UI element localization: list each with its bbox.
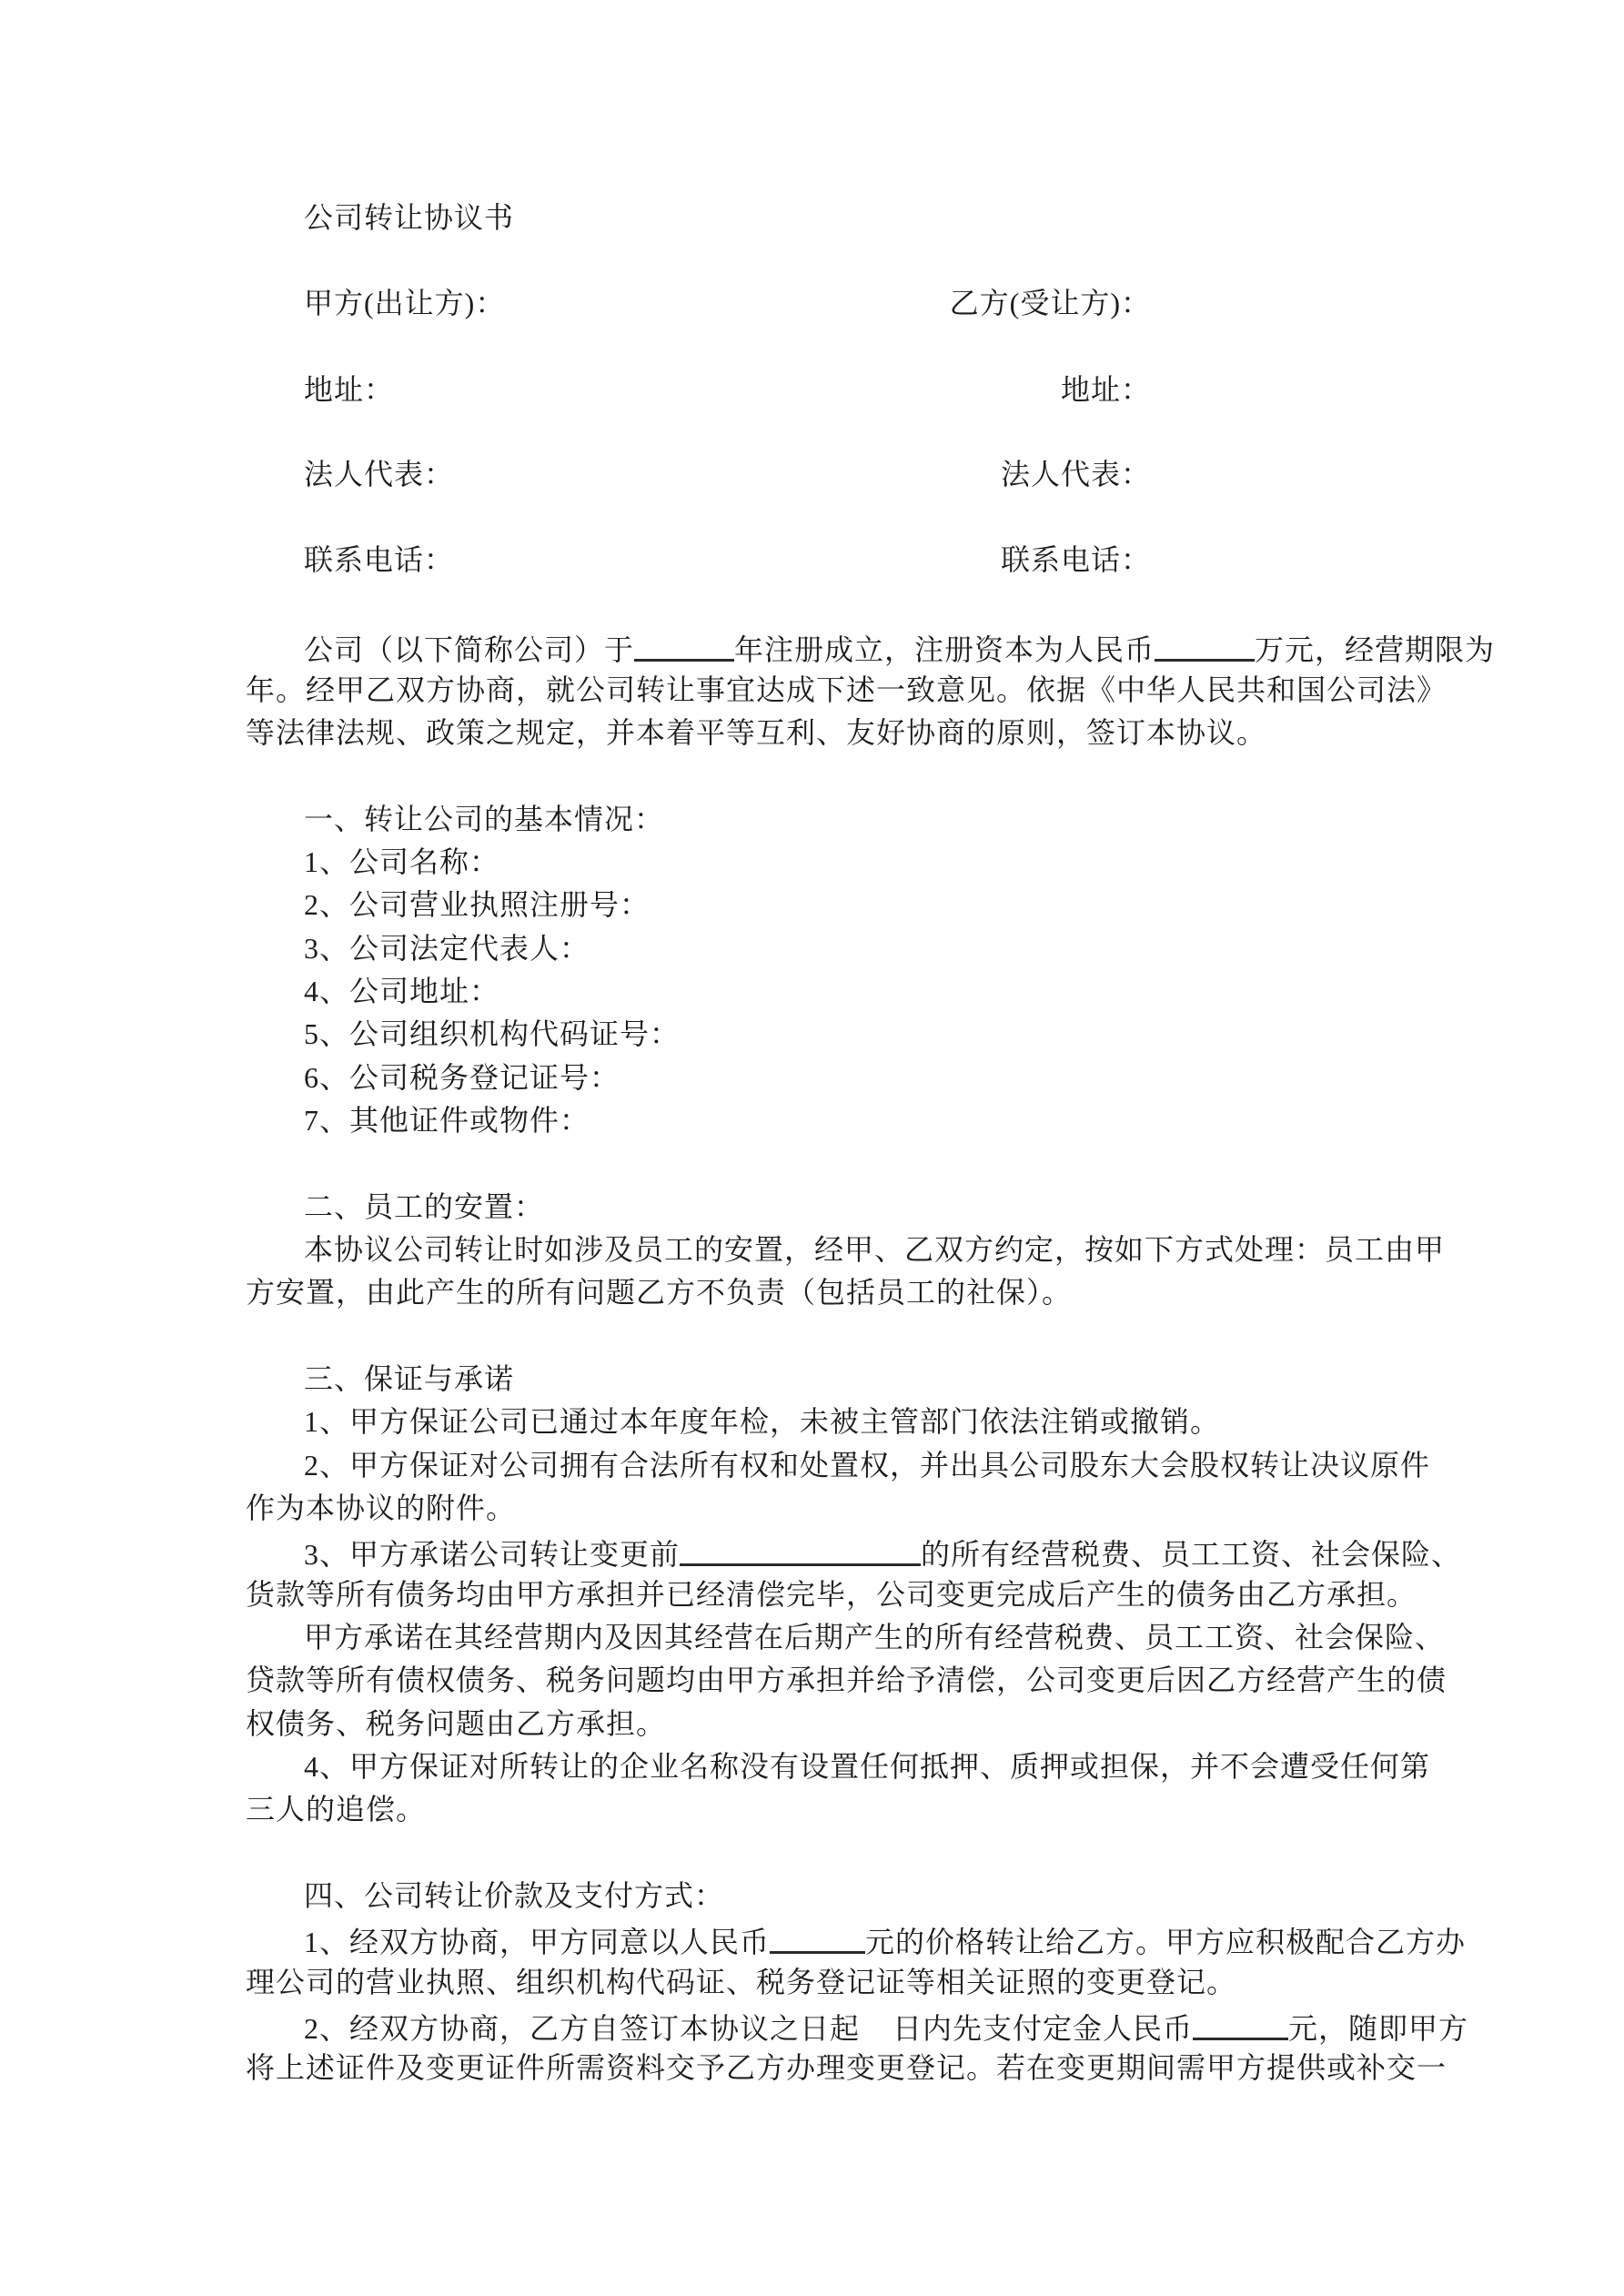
section-4-item-2-line-1: 2、经双方协商，乙方自签订本协议之日起日内先支付定金人民币元，随即甲方 [304,2008,1468,2046]
section-4-item-1-line-1: 1、经双方协商，甲方同意以人民币元的价格转让给乙方。甲方应积极配合乙方办 [304,1922,1466,1959]
text-run: 法人代表： [1001,458,1151,491]
text-run: 地址： [1061,373,1151,407]
section-1-item-3: 3、公司法定代表人： [304,932,590,966]
text-run: 7、其他证件或物件： [304,1104,590,1138]
party-a-representative-label: 法人代表： [304,458,454,491]
blank-underline [1155,630,1255,662]
text-run: 三人的追偿。 [246,1793,426,1826]
section-2-heading: 二、员工的安置： [304,1190,544,1224]
blank-underline [634,630,734,662]
text-run: 公司转让协议书 [304,201,514,235]
section-1-item-6: 6、公司税务登记证号： [304,1061,620,1095]
document-title: 公司转让协议书 [304,201,514,235]
text-run: 2、公司营业执照注册号： [304,888,650,922]
text-run: 日内先支付定金人民币 [893,2012,1193,2046]
intro-line-2: 年。经甲乙双方协商，就公司转让事宜达成下述一致意见。依据《中华人民共和国公司法》 [246,673,1447,707]
blank-underline [680,1534,921,1566]
text-run: 4、公司地址： [304,975,499,1008]
text-run: 1、甲方保证公司已通过本年度年检，未被主管部门依法注销或撤销。 [304,1405,1220,1439]
intro-line-3: 等法律法规、政策之规定，并本着平等互利、友好协商的原则，签订本协议。 [246,716,1266,750]
text-run: 甲方承诺在其经营期内及因其经营在后期产生的所有经营税费、员工工资、社会保险、 [304,1621,1445,1654]
text-run: 公司（以下简称公司）于 [304,633,634,667]
text-run: 年注册成立，注册资本为人民币 [734,633,1155,667]
intro-line-1: 公司（以下简称公司）于年注册成立，注册资本为人民币万元，经营期限为 [304,630,1495,667]
blank-underline [1193,2008,1288,2040]
text-run: 权债务、税务问题由乙方承担。 [246,1707,666,1741]
party-b-representative-label: 法人代表： [1001,458,1151,491]
text-run: 等法律法规、政策之规定，并本着平等互利、友好协商的原则，签订本协议。 [246,716,1266,750]
blank-space [860,2009,893,2038]
text-run: 方安置，由此产生的所有问题乙方不负责（包括员工的社保）。 [246,1276,1072,1310]
text-run: 地址： [304,373,394,407]
text-run: 的所有经营税费、员工工资、社会保险、 [921,1538,1461,1572]
text-run: 2、经双方协商，乙方自签订本协议之日起 [304,2012,860,2046]
text-run: 甲方(出让方)： [304,287,505,320]
section-3-item-4-line-1: 4、甲方保证对所转让的企业名称没有设置任何抵押、质押或担保，并不会遭受任何第 [304,1750,1430,1784]
text-run: 将上述证件及变更证件所需资料交予乙方办理变更登记。若在变更期间需甲方提供或补交一 [246,2051,1447,2085]
section-3-heading: 三、保证与承诺 [304,1362,514,1396]
section-1-item-2: 2、公司营业执照注册号： [304,888,650,922]
text-run: 3、公司法定代表人： [304,932,590,966]
section-2-line-1: 本协议公司转让时如涉及员工的安置，经甲、乙双方约定，按如下方式处理：员工由甲 [304,1233,1445,1267]
text-run: 元的价格转让给乙方。甲方应积极配合乙方办 [865,1926,1466,1959]
text-run: 年。经甲乙双方协商，就公司转让事宜达成下述一致意见。依据《中华人民共和国公司法》 [246,673,1447,707]
section-3-item-1: 1、甲方保证公司已通过本年度年检，未被主管部门依法注销或撤销。 [304,1405,1220,1439]
section-4-item-2-line-2: 将上述证件及变更证件所需资料交予乙方办理变更登记。若在变更期间需甲方提供或补交一 [246,2051,1447,2085]
text-run: 3、甲方承诺公司转让变更前 [304,1538,680,1572]
text-run: 乙方(受让方)： [950,287,1151,320]
section-3-item-3-line-4: 贷款等所有债权债务、税务问题均由甲方承担并给予清偿，公司变更后因乙方经营产生的债 [246,1664,1447,1697]
section-3-item-3-line-5: 权债务、税务问题由乙方承担。 [246,1707,666,1741]
section-3-item-3-line-1: 3、甲方承诺公司转让变更前的所有经营税费、员工工资、社会保险、 [304,1534,1461,1572]
section-2-line-2: 方安置，由此产生的所有问题乙方不负责（包括员工的社保）。 [246,1276,1072,1310]
text-run: 本协议公司转让时如涉及员工的安置，经甲、乙双方约定，按如下方式处理：员工由甲 [304,1233,1445,1267]
section-3-item-4-line-2: 三人的追偿。 [246,1793,426,1826]
party-a-phone-label: 联系电话： [304,543,454,577]
text-run: 6、公司税务登记证号： [304,1061,620,1095]
party-a-label: 甲方(出让方)： [304,287,505,320]
text-run: 元，随即甲方 [1288,2012,1468,2046]
party-b-label: 乙方(受让方)： [950,287,1151,320]
document-page: 公司转让协议书甲方(出让方)：乙方(受让方)：地址：地址：法人代表：法人代表：联… [0,0,1624,2296]
text-run: 一、转让公司的基本情况： [304,803,664,836]
text-run: 四、公司转让价款及支付方式： [304,1879,724,1913]
text-run: 三、保证与承诺 [304,1362,514,1396]
section-1-item-1: 1、公司名称： [304,845,499,879]
section-3-item-3-line-3: 甲方承诺在其经营期内及因其经营在后期产生的所有经营税费、员工工资、社会保险、 [304,1621,1445,1654]
text-run: 2、甲方保证对公司拥有合法所有权和处置权，并出具公司股东大会股权转让决议原件 [304,1449,1430,1482]
blank-underline [770,1922,865,1954]
text-run: 万元，经营期限为 [1255,633,1495,667]
section-1-item-4: 4、公司地址： [304,975,499,1008]
party-a-address-label: 地址： [304,373,394,407]
text-run: 作为本协议的附件。 [246,1492,516,1525]
section-3-item-3-line-2: 货款等所有债务均由甲方承担并已经清偿完毕，公司变更完成后产生的债务由乙方承担。 [246,1578,1417,1612]
section-1-heading: 一、转让公司的基本情况： [304,803,664,836]
section-4-item-1-line-2: 理公司的营业执照、组织机构代码证、税务登记证等相关证照的变更登记。 [246,1966,1236,1999]
text-run: 1、公司名称： [304,845,499,879]
text-run: 5、公司组织机构代码证号： [304,1017,680,1051]
section-3-item-2-line-1: 2、甲方保证对公司拥有合法所有权和处置权，并出具公司股东大会股权转让决议原件 [304,1449,1430,1482]
text-run: 二、员工的安置： [304,1190,544,1224]
text-run: 1、经双方协商，甲方同意以人民币 [304,1926,770,1959]
text-run: 联系电话： [1001,543,1151,577]
text-run: 法人代表： [304,458,454,491]
party-b-address-label: 地址： [1061,373,1151,407]
party-b-phone-label: 联系电话： [1001,543,1151,577]
section-1-item-5: 5、公司组织机构代码证号： [304,1017,680,1051]
section-4-heading: 四、公司转让价款及支付方式： [304,1879,724,1913]
section-1-item-7: 7、其他证件或物件： [304,1104,590,1138]
text-run: 4、甲方保证对所转让的企业名称没有设置任何抵押、质押或担保，并不会遭受任何第 [304,1750,1430,1784]
section-3-item-2-line-2: 作为本协议的附件。 [246,1492,516,1525]
text-run: 货款等所有债务均由甲方承担并已经清偿完毕，公司变更完成后产生的债务由乙方承担。 [246,1578,1417,1612]
text-run: 贷款等所有债权债务、税务问题均由甲方承担并给予清偿，公司变更后因乙方经营产生的债 [246,1664,1447,1697]
text-run: 理公司的营业执照、组织机构代码证、税务登记证等相关证照的变更登记。 [246,1966,1236,1999]
text-run: 联系电话： [304,543,454,577]
